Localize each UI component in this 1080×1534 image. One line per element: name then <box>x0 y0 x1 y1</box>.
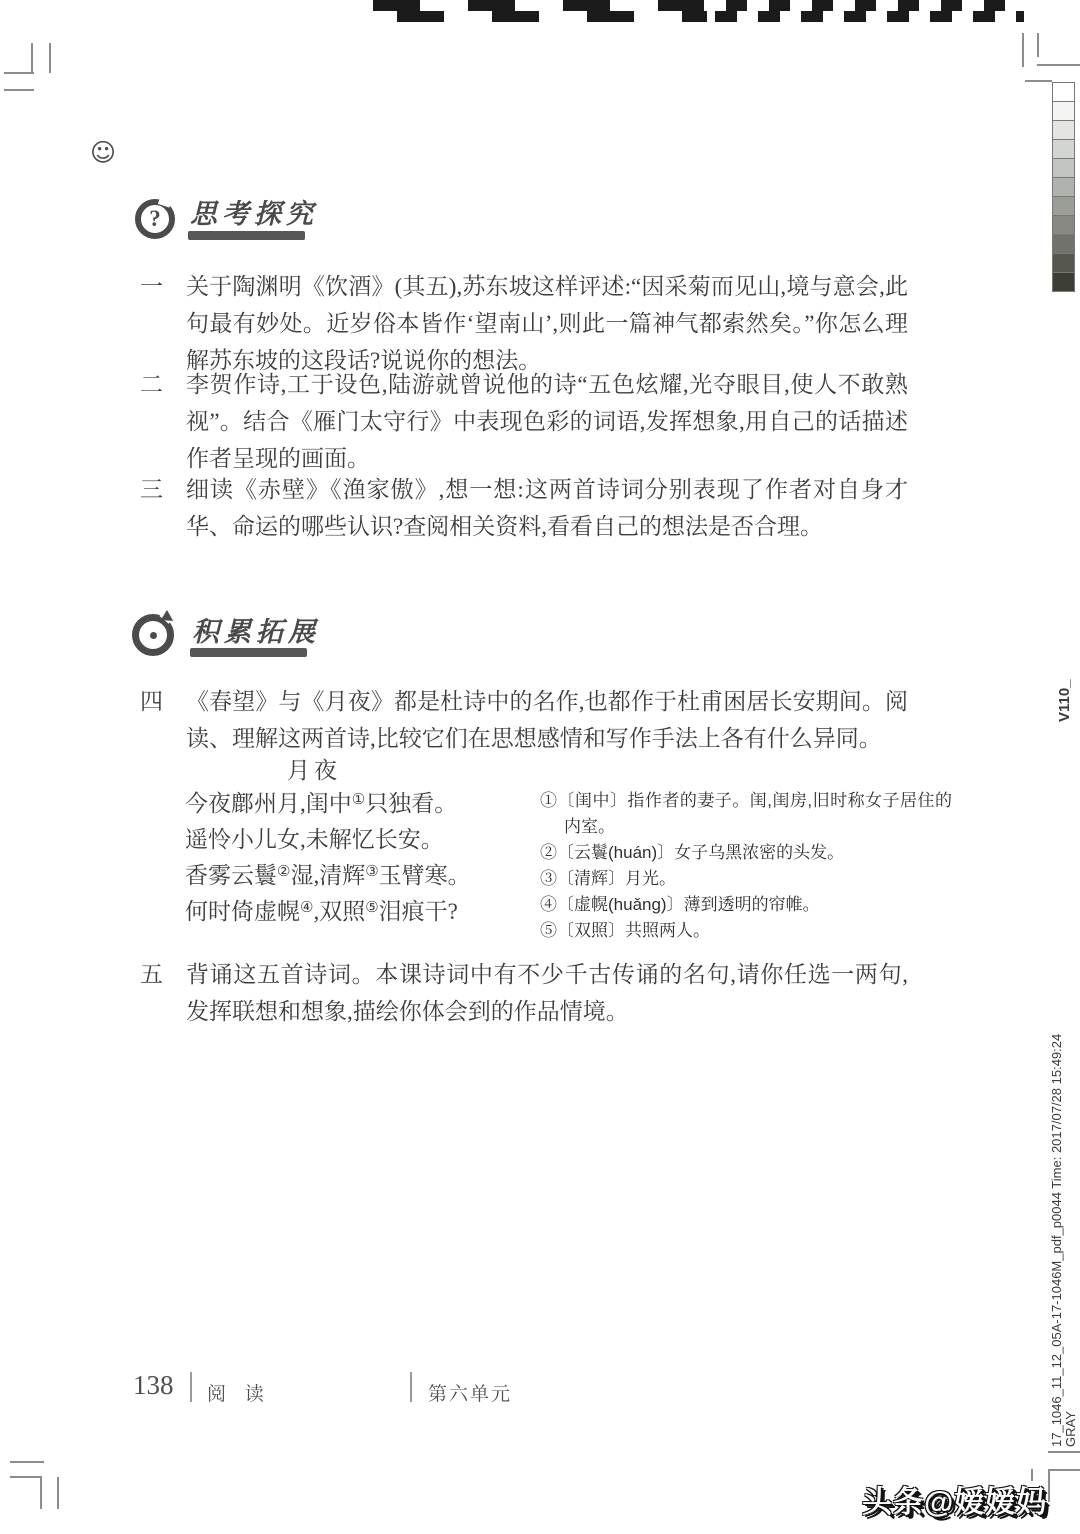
calibration-step <box>1053 140 1074 159</box>
item-number: 一 <box>140 268 186 379</box>
footer-divider <box>410 1372 412 1402</box>
icon-center-dot <box>150 632 157 639</box>
item-number: 五 <box>140 956 186 1030</box>
poem-line: 何时倚虚幌④,双照⑤泪痕干? <box>185 894 471 930</box>
question-item: 一 关于陶渊明《饮酒》(其五),苏东坡这样评述:“因采菊而见山,境与意会,此句最… <box>140 268 908 379</box>
footer-section-label: 阅 读 <box>207 1379 271 1406</box>
crop-mark <box>10 1461 44 1463</box>
smiley-icon: ☺ <box>90 138 116 167</box>
note-ref: ② <box>277 864 290 880</box>
print-info: 17_1046_11_12_05A-17-1046M_pdf_p0044 Tim… <box>1050 1034 1078 1447</box>
item-text: 《春望》与《月夜》都是杜诗中的名作,也都作于杜甫困居长安期间。阅读、理解这两首诗… <box>186 683 908 757</box>
annotation: ①〔闺中〕指作者的妻子。闺,闺房,旧时称女子居住的内室。 <box>540 788 952 840</box>
section-title-expand: 积累拓展 <box>192 610 320 649</box>
poem-title: 月夜 <box>287 752 341 785</box>
item-text: 细读《赤壁》《渔家傲》,想一想:这两首诗词分别表现了作者对自身才华、命运的哪些认… <box>186 471 908 545</box>
crop-mark <box>1037 64 1080 66</box>
crop-mark <box>4 89 34 91</box>
calibration-step <box>1053 273 1074 291</box>
calibration-step <box>1053 254 1074 273</box>
footer-divider <box>190 1372 192 1402</box>
poem-body: 今夜鄜州月,闺中①只独看。 遥怜小儿女,未解忆长安。 香雾云鬟②湿,清辉③玉臂寒… <box>185 786 471 930</box>
page-number: 138 <box>133 1370 174 1401</box>
item-number: 三 <box>140 471 186 545</box>
print-gray-label: GRAY <box>1064 1034 1078 1447</box>
poem-line: 遥怜小儿女,未解忆长安。 <box>185 822 471 858</box>
calibration-step <box>1053 216 1074 235</box>
crop-mark <box>40 1476 42 1509</box>
crop-mark <box>10 1476 41 1478</box>
print-control-strip <box>683 0 1013 11</box>
crop-mark <box>1022 33 1024 67</box>
print-control-strip <box>373 0 683 11</box>
item-text: 背诵这五首诗词。本课诗词中有不少千古传诵的名句,请你任选一两句,发挥联想和想象,… <box>186 956 908 1030</box>
calibration-step <box>1053 159 1074 178</box>
textbook-page: ☺ ? 思考探究 一 关于陶渊明《饮酒》(其五),苏东坡这样评述:“因采菊而见山… <box>0 0 1080 1534</box>
crop-mark <box>1048 1469 1050 1502</box>
question-item: 五 背诵这五首诗词。本课诗词中有不少千古传诵的名句,请你任选一两句,发挥联想和想… <box>140 956 908 1030</box>
poem-line: 今夜鄜州月,闺中①只独看。 <box>185 786 471 822</box>
item-text: 李贺作诗,工于设色,陆游就曾说他的诗“五色炫耀,光夺眼目,使人不敢熟视”。结合《… <box>186 366 908 477</box>
item-text: 关于陶渊明《饮酒》(其五),苏东坡这样评述:“因采菊而见山,境与意会,此句最有妙… <box>186 268 908 379</box>
question-item: 四 《春望》与《月夜》都是杜诗中的名作,也都作于杜甫困居长安期间。阅读、理解这两… <box>140 683 908 757</box>
footer-unit-label: 第六单元 <box>428 1379 512 1406</box>
print-control-strip <box>397 11 707 22</box>
grayscale-calibration-strip <box>1052 82 1075 292</box>
question-item: 二 李贺作诗,工于设色,陆游就曾说他的诗“五色炫耀,光夺眼目,使人不敢熟视”。结… <box>140 366 908 477</box>
section-title-think: 思考探究 <box>190 192 318 231</box>
crop-mark <box>1048 1451 1080 1453</box>
watermark: 头条@嫒嫒妈 <box>862 1477 1047 1521</box>
crop-mark <box>49 43 51 73</box>
calibration-step <box>1053 83 1074 102</box>
cycle-arrow-icon <box>132 614 174 656</box>
poem-line: 香雾云鬟②湿,清辉③玉臂寒。 <box>185 858 471 894</box>
question-item: 三 细读《赤壁》《渔家傲》,想一想:这两首诗词分别表现了作者对自身才华、命运的哪… <box>140 471 908 545</box>
section-underline <box>190 648 307 657</box>
crop-mark <box>4 72 34 74</box>
annotation: ⑤〔双照〕共照两人。 <box>540 918 952 944</box>
crop-mark <box>1037 33 1039 57</box>
annotation: ④〔虚幌(huǎng)〕薄到透明的帘帷。 <box>540 892 952 918</box>
crop-mark <box>57 1477 59 1509</box>
calibration-step <box>1053 235 1074 254</box>
question-circle-icon: ? <box>135 199 175 239</box>
annotation: ②〔云鬟(huán)〕女子乌黑浓密的头发。 <box>540 840 952 866</box>
poem-annotations: ①〔闺中〕指作者的妻子。闺,闺房,旧时称女子居住的内室。 ②〔云鬟(huán)〕… <box>540 788 952 944</box>
calibration-step <box>1053 178 1074 197</box>
print-info-line: 17_1046_11_12_05A-17-1046M_pdf_p0044 Tim… <box>1050 1034 1064 1447</box>
note-ref: ③ <box>365 864 378 880</box>
crop-mark <box>1025 80 1052 82</box>
crop-mark <box>1049 1469 1080 1471</box>
annotation: ③〔清辉〕月光。 <box>540 866 952 892</box>
calibration-step <box>1053 121 1074 140</box>
section-underline <box>188 231 305 240</box>
calibration-step <box>1053 102 1074 121</box>
item-number: 四 <box>140 683 186 757</box>
note-ref: ④ <box>300 900 313 916</box>
print-control-strip <box>694 11 1024 22</box>
note-ref: ① <box>352 792 365 808</box>
calibration-step <box>1053 197 1074 216</box>
version-code: V110_ <box>1056 679 1073 722</box>
item-number: 二 <box>140 366 186 477</box>
note-ref: ⑤ <box>365 900 378 916</box>
question-glyph: ? <box>141 205 169 233</box>
crop-mark <box>31 43 33 74</box>
